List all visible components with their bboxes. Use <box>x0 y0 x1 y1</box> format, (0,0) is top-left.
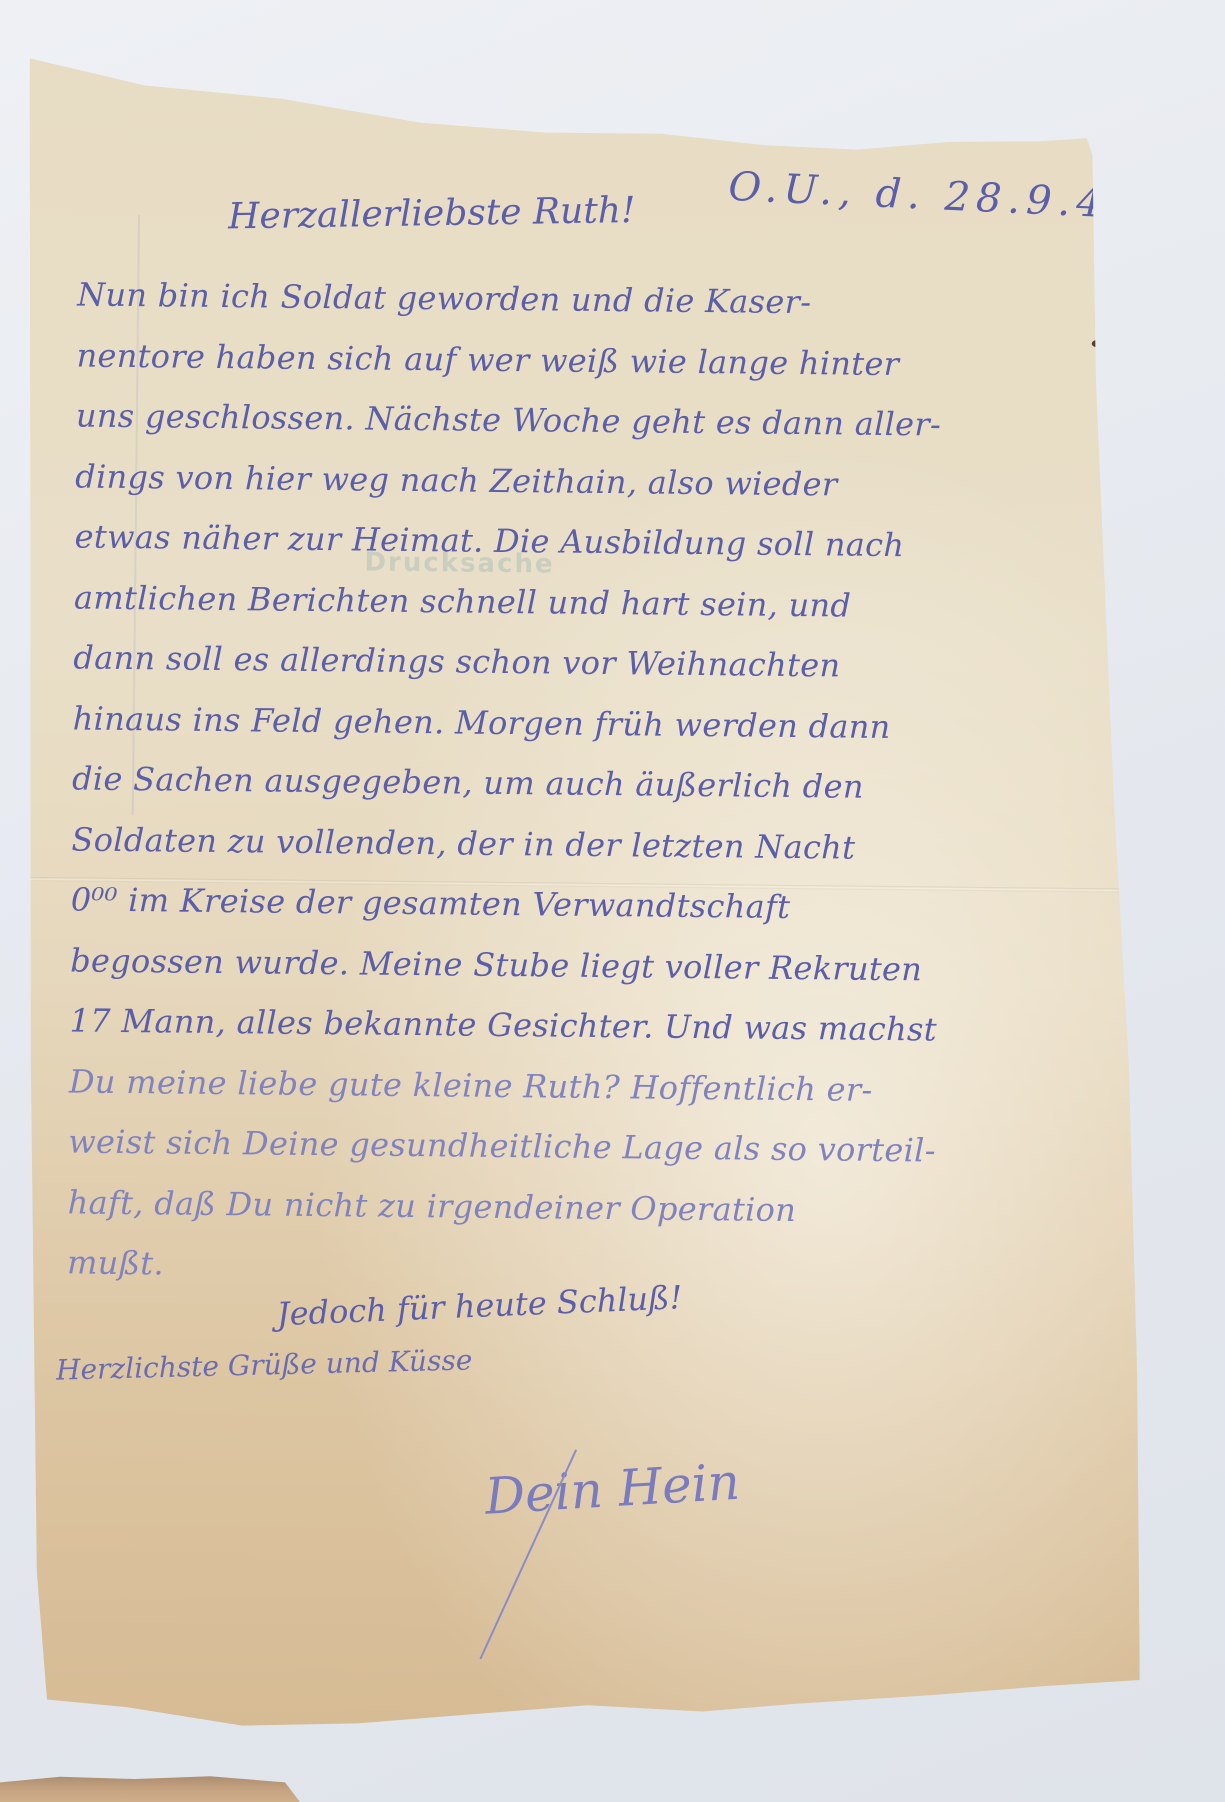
paper-hole <box>1092 340 1102 347</box>
letter-paper: Drucksache O.U., d. 28.9.43. Herzallerli… <box>12 24 1180 1756</box>
letter-salutation: Herzallerliebste Ruth! <box>228 190 636 237</box>
letter-greeting: Herzlichste Grüße und Küsse <box>56 1343 473 1386</box>
letter-line: begossen wurde. Meine Stube liegt voller… <box>70 930 1151 1002</box>
letter-line: die Sachen ausgegeben, um auch äußerlich… <box>72 748 1153 820</box>
letter-line: haft, daß Du nicht zu irgendeiner Operat… <box>67 1172 1148 1244</box>
underlying-paper-corner <box>0 1774 300 1802</box>
letter-date: O.U., d. 28.9.43. <box>727 164 1158 229</box>
letter-signature: Dein Hein <box>483 1453 741 1526</box>
letter-body: Nun bin ich Soldat geworden und die Kase… <box>67 264 1158 1304</box>
letter-line: weist sich Deine gesundheitliche Lage al… <box>68 1111 1149 1183</box>
letter-line: amtlichen Berichten schnell und hart sei… <box>74 567 1155 639</box>
letter-line: Nun bin ich Soldat geworden und die Kase… <box>77 264 1158 336</box>
letter-line: hinaus ins Feld gehen. Morgen früh werde… <box>72 688 1153 760</box>
letter-line: 0⁰⁰ im Kreise der gesamten Verwandtschaf… <box>71 869 1152 941</box>
letter-line: Du meine liebe gute kleine Ruth? Hoffent… <box>69 1051 1150 1123</box>
letter-line: Soldaten zu vollenden, der in der letzte… <box>71 809 1152 881</box>
letter-line: uns geschlossen. Nächste Woche geht es d… <box>76 385 1157 457</box>
letter-line: nentore haben sich auf wer weiß wie lang… <box>76 325 1157 397</box>
letter-line: dings von hier weg nach Zeithain, also w… <box>75 446 1156 518</box>
letter-line: etwas näher zur Heimat. Die Ausbildung s… <box>74 506 1155 578</box>
letter-line: dann soll es allerdings schon vor Weihna… <box>73 627 1154 699</box>
letter-line: 17 Mann, alles bekannte Gesichter. Und w… <box>69 990 1150 1062</box>
